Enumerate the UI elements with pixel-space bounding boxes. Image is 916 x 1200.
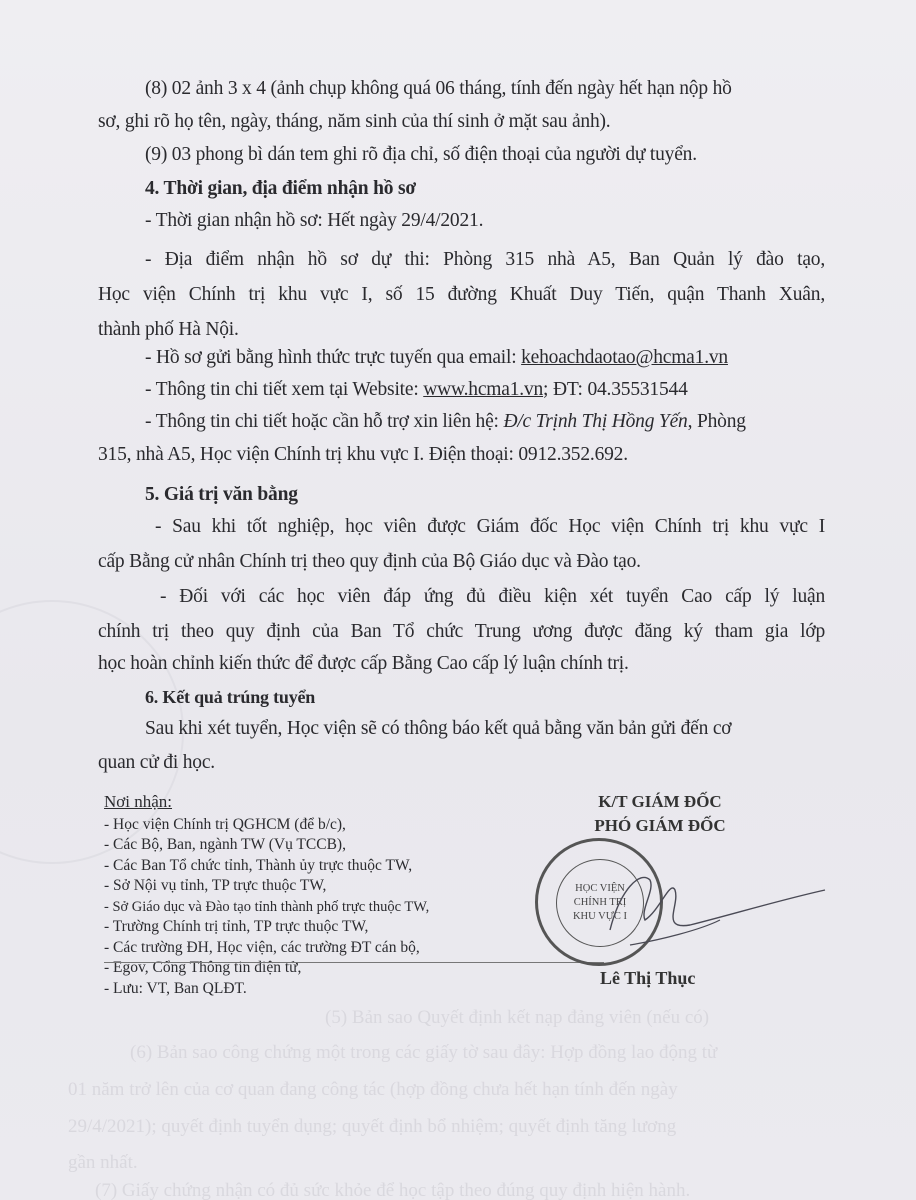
section-5-p2-line-1: - Đối với các học viên đáp ứng đủ điều k… (160, 585, 825, 609)
item-8-line-2: sơ, ghi rõ họ tên, ngày, tháng, năm sinh… (98, 110, 610, 134)
section-5-p1-line-1: - Sau khi tốt nghiệp, học viên được Giám… (155, 515, 825, 539)
email-link[interactable]: kehoachdaotao@hcma1.vn (521, 347, 728, 368)
recipient-item: - Lưu: VT, Ban QLĐT. (104, 979, 429, 1000)
stamp-text: HỌC VIỆN (575, 882, 625, 896)
section-5-p2-line-2: chính trị theo quy định của Ban Tổ chức … (98, 620, 825, 644)
recipient-item: - Học viện Chính trị QGHCM (để b/c), (104, 815, 429, 836)
location-line-2: Học viện Chính trị khu vực I, số 15 đườn… (98, 283, 825, 307)
section-5-p1-line-2: cấp Bằng cử nhân Chính trị theo quy định… (98, 550, 641, 574)
contact-suffix: , Phòng (688, 411, 746, 432)
signature-block: K/T GIÁM ĐỐC PHÓ GIÁM ĐỐC (560, 790, 760, 838)
bleed-through-text: gần nhất. (68, 1152, 138, 1174)
contact-line-1: - Thông tin chi tiết hoặc cần hỗ trợ xin… (145, 410, 746, 434)
email-prefix: - Hồ sơ gửi bằng hình thức trực tuyến qu… (145, 347, 521, 368)
contact-name: Đ/c Trịnh Thị Hồng Yến (503, 411, 687, 432)
divider-line (104, 962, 604, 963)
recipients-title: Nơi nhận: (104, 792, 429, 813)
stamp-text: KHU VỰC I (573, 910, 627, 924)
item-9: (9) 03 phong bì dán tem ghi rõ địa chỉ, … (145, 143, 697, 167)
recipient-item: - Sở Giáo dục và Đào tạo tỉnh thành phố … (104, 897, 429, 918)
section-6-line-2: quan cử đi học. (98, 751, 215, 775)
section-5-heading: 5. Giá trị văn bằng (145, 483, 298, 507)
recipients-list: Nơi nhận: - Học viện Chính trị QGHCM (để… (104, 792, 429, 999)
location-line-3: thành phố Hà Nội. (98, 318, 239, 342)
recipient-item: - Trường Chính trị tỉnh, TP trực thuộc T… (104, 917, 429, 938)
section-6-heading: 6. Kết quả trúng tuyển (145, 685, 315, 709)
recipient-item: - Các trường ĐH, Học viện, các trường ĐT… (104, 938, 429, 959)
stamp-text: CHÍNH TRỊ (574, 896, 627, 910)
signature-title-2: PHÓ GIÁM ĐỐC (560, 814, 760, 838)
bleed-through-text: 01 năm trở lên của cơ quan đang công tác… (68, 1079, 678, 1101)
bleed-through-text: (6) Bản sao công chứng một trong các giấ… (130, 1042, 717, 1064)
stamp-center: HỌC VIỆN CHÍNH TRỊ KHU VỰC I (556, 859, 644, 947)
bleed-through-text: (7) Giấy chứng nhận có đủ sức khỏe để họ… (95, 1180, 690, 1200)
section-4-heading: 4. Thời gian, địa điểm nhận hồ sơ (145, 177, 416, 201)
recipient-item: - Các Bộ, Ban, ngành TW (Vụ TCCB), (104, 835, 429, 856)
section-6-line-1: Sau khi xét tuyển, Học viện sẽ có thông … (145, 717, 731, 741)
official-stamp: HỌC VIỆN CHÍNH TRỊ KHU VỰC I (535, 838, 663, 966)
signature-title-1: K/T GIÁM ĐỐC (560, 790, 760, 814)
deadline: - Thời gian nhận hồ sơ: Hết ngày 29/4/20… (145, 209, 483, 233)
document-page: (5) Bản sao Quyết định kết nạp đảng viên… (0, 0, 916, 1200)
recipient-item: - Các Ban Tổ chức tỉnh, Thành ủy trực th… (104, 856, 429, 877)
section-5-p2-line-3: học hoàn chỉnh kiến thức để được cấp Bằn… (98, 652, 629, 676)
email-line: - Hồ sơ gửi bằng hình thức trực tuyến qu… (145, 346, 728, 370)
item-8-line-1: (8) 02 ảnh 3 x 4 (ảnh chụp không quá 06 … (145, 77, 732, 101)
website-prefix: - Thông tin chi tiết xem tại Website: (145, 379, 423, 400)
website-link[interactable]: www.hcma1.vn (423, 379, 543, 400)
website-line: - Thông tin chi tiết xem tại Website: ww… (145, 378, 688, 402)
contact-prefix: - Thông tin chi tiết hoặc cần hỗ trợ xin… (145, 411, 503, 432)
signer-name: Lê Thị Thục (600, 968, 695, 989)
contact-line-2: 315, nhà A5, Học viện Chính trị khu vực … (98, 443, 628, 467)
location-line-1: - Địa điểm nhận hồ sơ dự thi: Phòng 315 … (145, 248, 825, 272)
bleed-through-text: 29/4/2021); quyết định tuyển dụng; quyết… (68, 1116, 676, 1138)
phone-text: ; ĐT: 04.35531544 (543, 379, 688, 400)
bleed-through-text: (5) Bản sao Quyết định kết nạp đảng viên… (325, 1007, 709, 1029)
recipient-item: - Sở Nội vụ tỉnh, TP trực thuộc TW, (104, 876, 429, 897)
